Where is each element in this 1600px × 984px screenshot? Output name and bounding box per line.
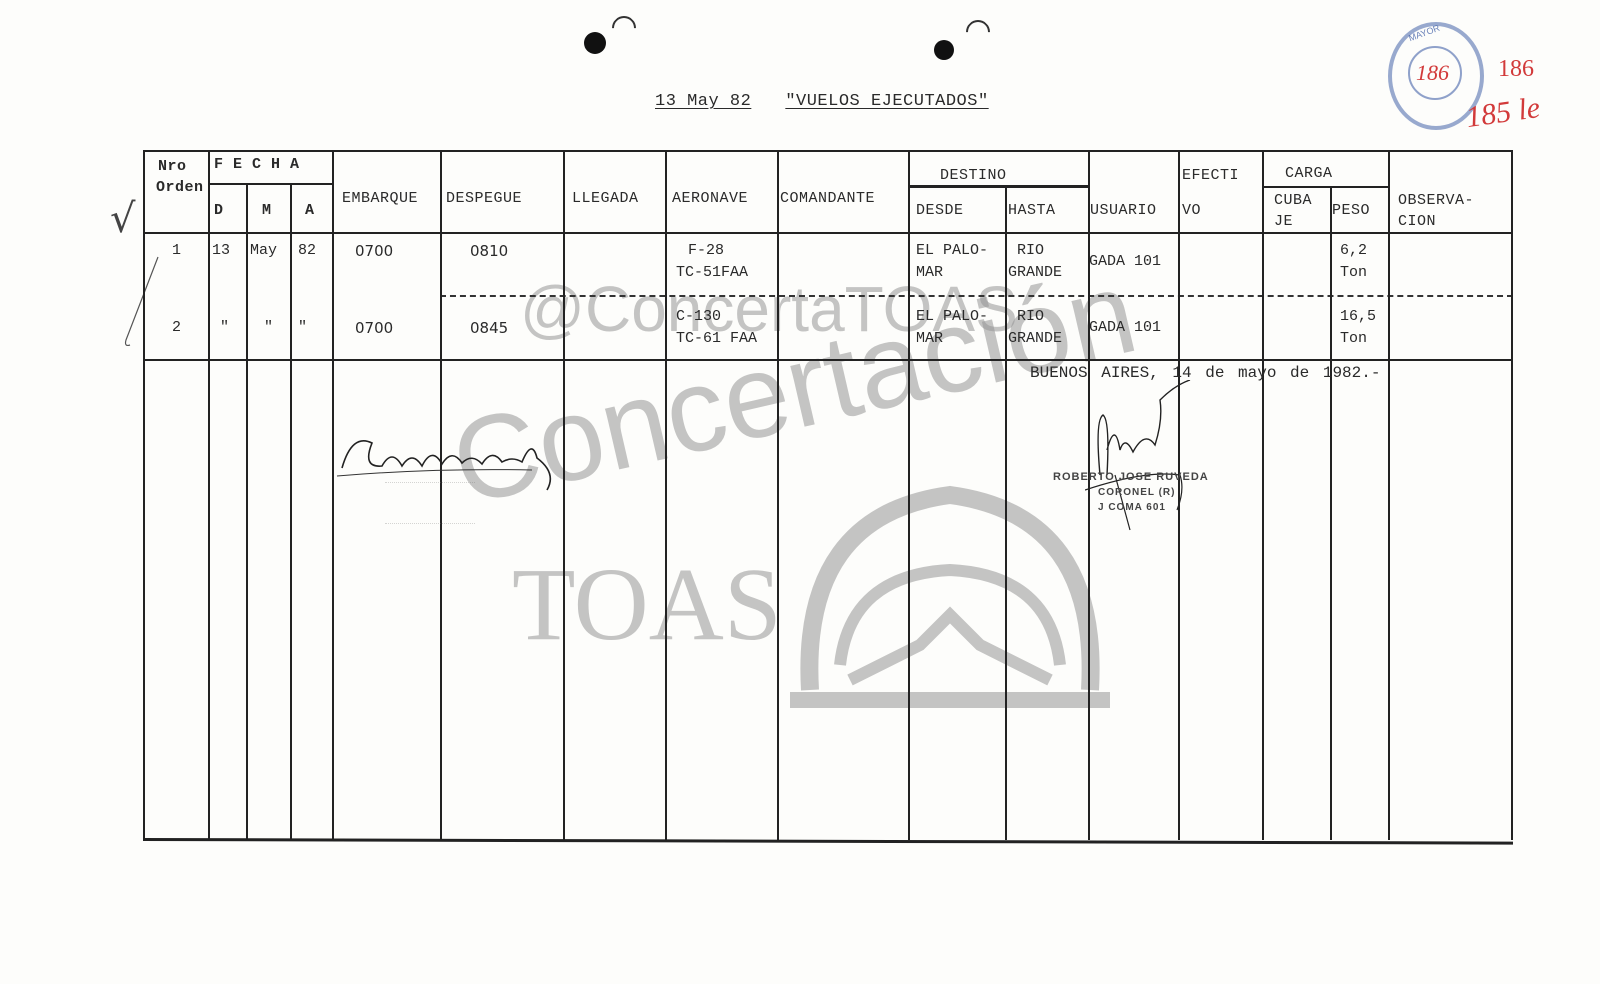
header-destino: DESTINO	[940, 165, 1007, 187]
cell-anio: 82	[298, 240, 316, 262]
header-aeronave: AERONAVE	[672, 188, 748, 210]
punch-hole-ring	[961, 15, 995, 49]
cell-desde-2: MAR	[916, 328, 943, 350]
header-fecha: F E C H A	[214, 154, 300, 176]
carga-divider	[1262, 186, 1388, 188]
cell-nro: 1	[172, 240, 181, 262]
signer-rank: CORONEL (R)	[1098, 487, 1175, 498]
header-desde: DESDE	[916, 200, 964, 222]
header-nro: Nro	[158, 156, 187, 178]
cell-hasta-2: GRANDE	[1008, 262, 1062, 284]
cell-despegue: 0810	[470, 240, 508, 262]
header-usuario: USUARIO	[1090, 200, 1157, 222]
col-border	[208, 150, 210, 840]
col-border	[1330, 186, 1332, 840]
header-embarque: EMBARQUE	[342, 188, 418, 210]
table-bottom-border	[143, 838, 1513, 845]
cell-embarque: 0700	[355, 240, 393, 262]
cell-hasta-2: GRANDE	[1008, 328, 1062, 350]
header-fecha-m: M	[262, 200, 272, 222]
cell-mes: "	[264, 317, 273, 339]
left-signature-faded-stamp	[385, 482, 475, 524]
col-border	[1005, 186, 1007, 840]
document-heading: 13 May 82"VUELOS EJECUTADOS"	[655, 92, 989, 111]
header-observacion-1: OBSERVA-	[1398, 190, 1474, 212]
header-fecha-a: A	[305, 200, 315, 222]
col-border	[777, 150, 779, 840]
heading-title: "VUELOS EJECUTADOS"	[785, 92, 988, 111]
cell-embarque: 0700	[355, 317, 393, 339]
col-border	[1262, 150, 1264, 840]
cell-peso-unidad: Ton	[1340, 262, 1367, 284]
punch-hole-ring	[607, 11, 641, 45]
col-border	[290, 184, 292, 840]
heading-date: 13 May 82	[655, 92, 751, 111]
fecha-divider	[208, 183, 332, 185]
cell-nro: 2	[172, 317, 181, 339]
cell-aeronave-matricula: TC-61 FAA	[676, 328, 757, 350]
header-observacion-2: CION	[1398, 211, 1436, 233]
checkmark-mark: √	[110, 196, 136, 242]
cell-desde-2: MAR	[916, 262, 943, 284]
col-border	[1511, 150, 1513, 840]
punch-hole	[584, 32, 606, 54]
cell-aeronave-tipo: C-130	[676, 306, 721, 328]
cell-peso-unidad: Ton	[1340, 328, 1367, 350]
header-comandante: COMANDANTE	[780, 188, 875, 210]
rows-bottom-border	[143, 359, 1513, 361]
place-and-date: BUENOS AIRES, 14 de mayo de 1982.-	[1030, 362, 1380, 384]
col-border	[908, 150, 910, 840]
cell-dia: "	[220, 317, 229, 339]
table-top-border	[143, 150, 1513, 152]
cell-peso-valor: 16,5	[1340, 306, 1376, 328]
header-efectivo-1: EFECTI	[1182, 165, 1239, 187]
cell-dia: 13	[212, 240, 230, 262]
cell-peso-valor: 6,2	[1340, 240, 1367, 262]
row-divider-dashed	[440, 295, 1513, 297]
cell-desde-1: EL PALO-	[916, 306, 988, 328]
header-cubaje-2: JE	[1274, 211, 1293, 233]
cell-anio: "	[298, 317, 307, 339]
col-border	[665, 150, 667, 840]
cell-despegue: 0845	[470, 317, 508, 339]
signer-unit: J COMA 601	[1098, 502, 1166, 513]
cell-aeronave-matricula: TC-51FAA	[676, 262, 748, 284]
header-cubaje-1: CUBA	[1274, 190, 1312, 212]
watermark-toas: TOAS	[512, 545, 782, 664]
header-carga: CARGA	[1285, 163, 1333, 185]
punch-hole	[934, 40, 954, 60]
header-peso: PESO	[1332, 200, 1370, 222]
stamp-text: MAYOR	[1407, 23, 1441, 43]
signer-name: ROBERTO JOSE RUVEDA	[1053, 471, 1209, 483]
page-number: 186	[1498, 56, 1534, 83]
watermark-helmet-logo	[780, 475, 1120, 735]
col-border	[246, 184, 248, 840]
stamp-circled-number: 186	[1416, 60, 1449, 86]
header-orden: Orden	[156, 177, 204, 199]
cell-mes: May	[250, 240, 277, 262]
header-efectivo-2: VO	[1182, 200, 1201, 222]
col-border	[1388, 150, 1390, 840]
header-fecha-d: D	[214, 200, 224, 222]
cell-desde-1: EL PALO-	[916, 240, 988, 262]
cell-usuario: GADA 101	[1089, 317, 1161, 339]
header-despegue: DESPEGUE	[446, 188, 522, 210]
cell-hasta-1: RIO	[1017, 306, 1044, 328]
header-hasta: HASTA	[1008, 200, 1056, 222]
col-border	[143, 150, 145, 840]
header-bottom-border	[143, 232, 1513, 234]
cell-usuario: GADA 101	[1089, 251, 1161, 273]
cell-hasta-1: RIO	[1017, 240, 1044, 262]
header-llegada: LLEGADA	[572, 188, 639, 210]
cell-aeronave-tipo: F-28	[688, 240, 724, 262]
